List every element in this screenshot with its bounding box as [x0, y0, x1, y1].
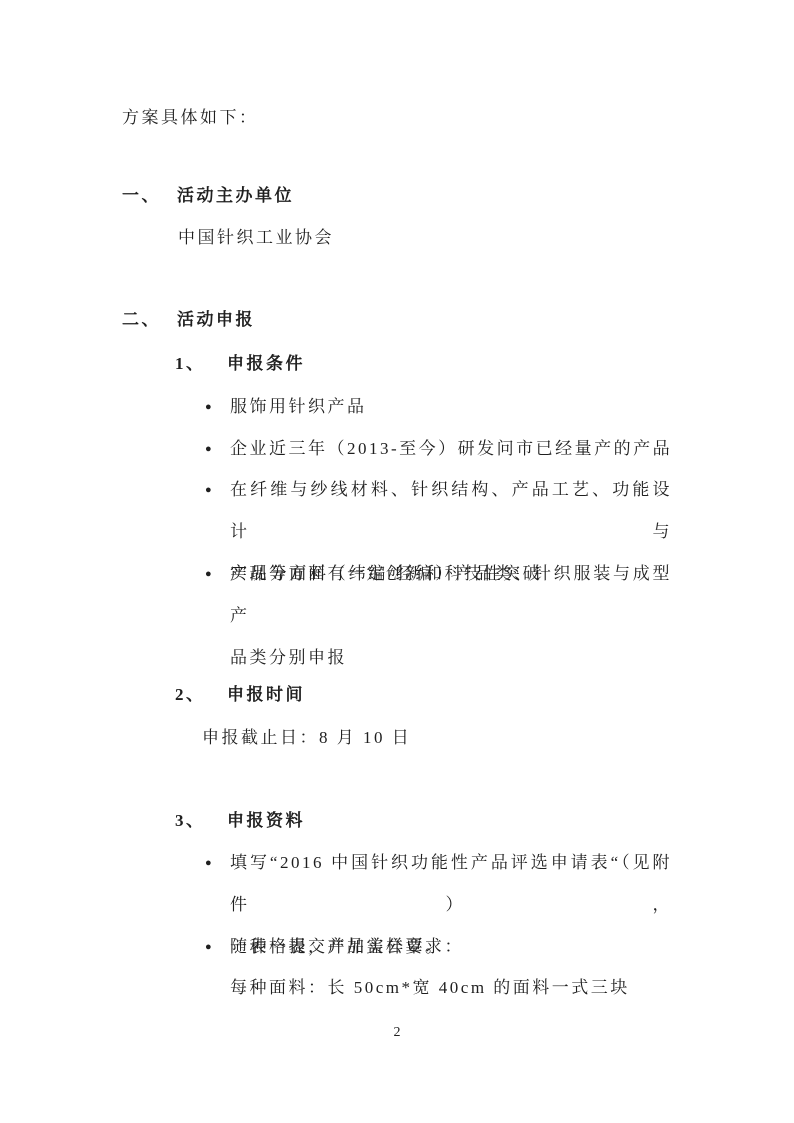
bullet-item: ● 企业近三年（2013-至今）研发问市已经量产的产品 — [230, 428, 672, 470]
subsection-2-title: 申报时间 — [227, 674, 305, 716]
bullet-text-line-2: 品类分别申报 — [230, 637, 672, 679]
bullet-text-line-1: 产品分面料（纬编/经编）产品类、针织服装与成型产 — [230, 553, 672, 637]
bullet-text: 企业近三年（2013-至今）研发问市已经量产的产品 — [230, 428, 672, 470]
bullet-text-line-1: 填写“2016 中国针织功能性产品评选申请表“（见附件）， — [230, 842, 672, 926]
section-1-heading: 一、 活动主办单位 — [122, 175, 294, 217]
section-1-marker: 一、 — [122, 175, 177, 217]
subsection-2-heading: 2、 申报时间 — [175, 674, 305, 716]
subsection-3-marker: 3、 — [175, 800, 227, 842]
subsection-1-title: 申报条件 — [227, 343, 305, 385]
section-2-heading: 二、 活动申报 — [122, 299, 255, 341]
bullet-icon: ● — [205, 842, 212, 884]
bullet-icon: ● — [205, 553, 212, 595]
section-1-title: 活动主办单位 — [177, 175, 294, 217]
bullet-item: ● 服饰用针织产品 — [230, 386, 672, 428]
bullet-icon: ● — [205, 926, 212, 968]
page-number: 2 — [0, 1022, 794, 1044]
subsection-3-title: 申报资料 — [227, 800, 305, 842]
section-2-title: 活动申报 — [177, 299, 255, 341]
document-page: 方案具体如下： 一、 活动主办单位 中国针织工业协会 二、 活动申报 1、 申报… — [0, 0, 794, 1123]
bullet-item: ● 随表格提交产品实样要求： — [230, 926, 672, 968]
subsection-1-heading: 1、 申报条件 — [175, 343, 305, 385]
bullet-text: 服饰用针织产品 — [230, 386, 672, 428]
bullet-icon: ● — [205, 428, 212, 470]
bullet-icon: ● — [205, 469, 212, 511]
subsection-2-body: 申报截止日：8 月 10 日 — [202, 717, 411, 759]
section-2-marker: 二、 — [122, 299, 177, 341]
subsection-3-heading: 3、 申报资料 — [175, 800, 305, 842]
bullet-text: 随表格提交产品实样要求： — [230, 926, 672, 968]
bullet-icon: ● — [205, 386, 212, 428]
subsection-3-body: 每种面料：长 50cm*宽 40cm 的面料一式三块 — [230, 967, 630, 1009]
bullet-text-line-1: 在纤维与纱线材料、针织结构、产品工艺、功能设计与 — [230, 469, 672, 553]
section-1-body: 中国针织工业协会 — [178, 217, 334, 259]
intro-paragraph: 方案具体如下： — [122, 97, 259, 139]
subsection-1-marker: 1、 — [175, 343, 227, 385]
bullet-item: ● 产品分面料（纬编/经编）产品类、针织服装与成型产 品类分别申报 — [230, 553, 672, 679]
subsection-2-marker: 2、 — [175, 674, 227, 716]
